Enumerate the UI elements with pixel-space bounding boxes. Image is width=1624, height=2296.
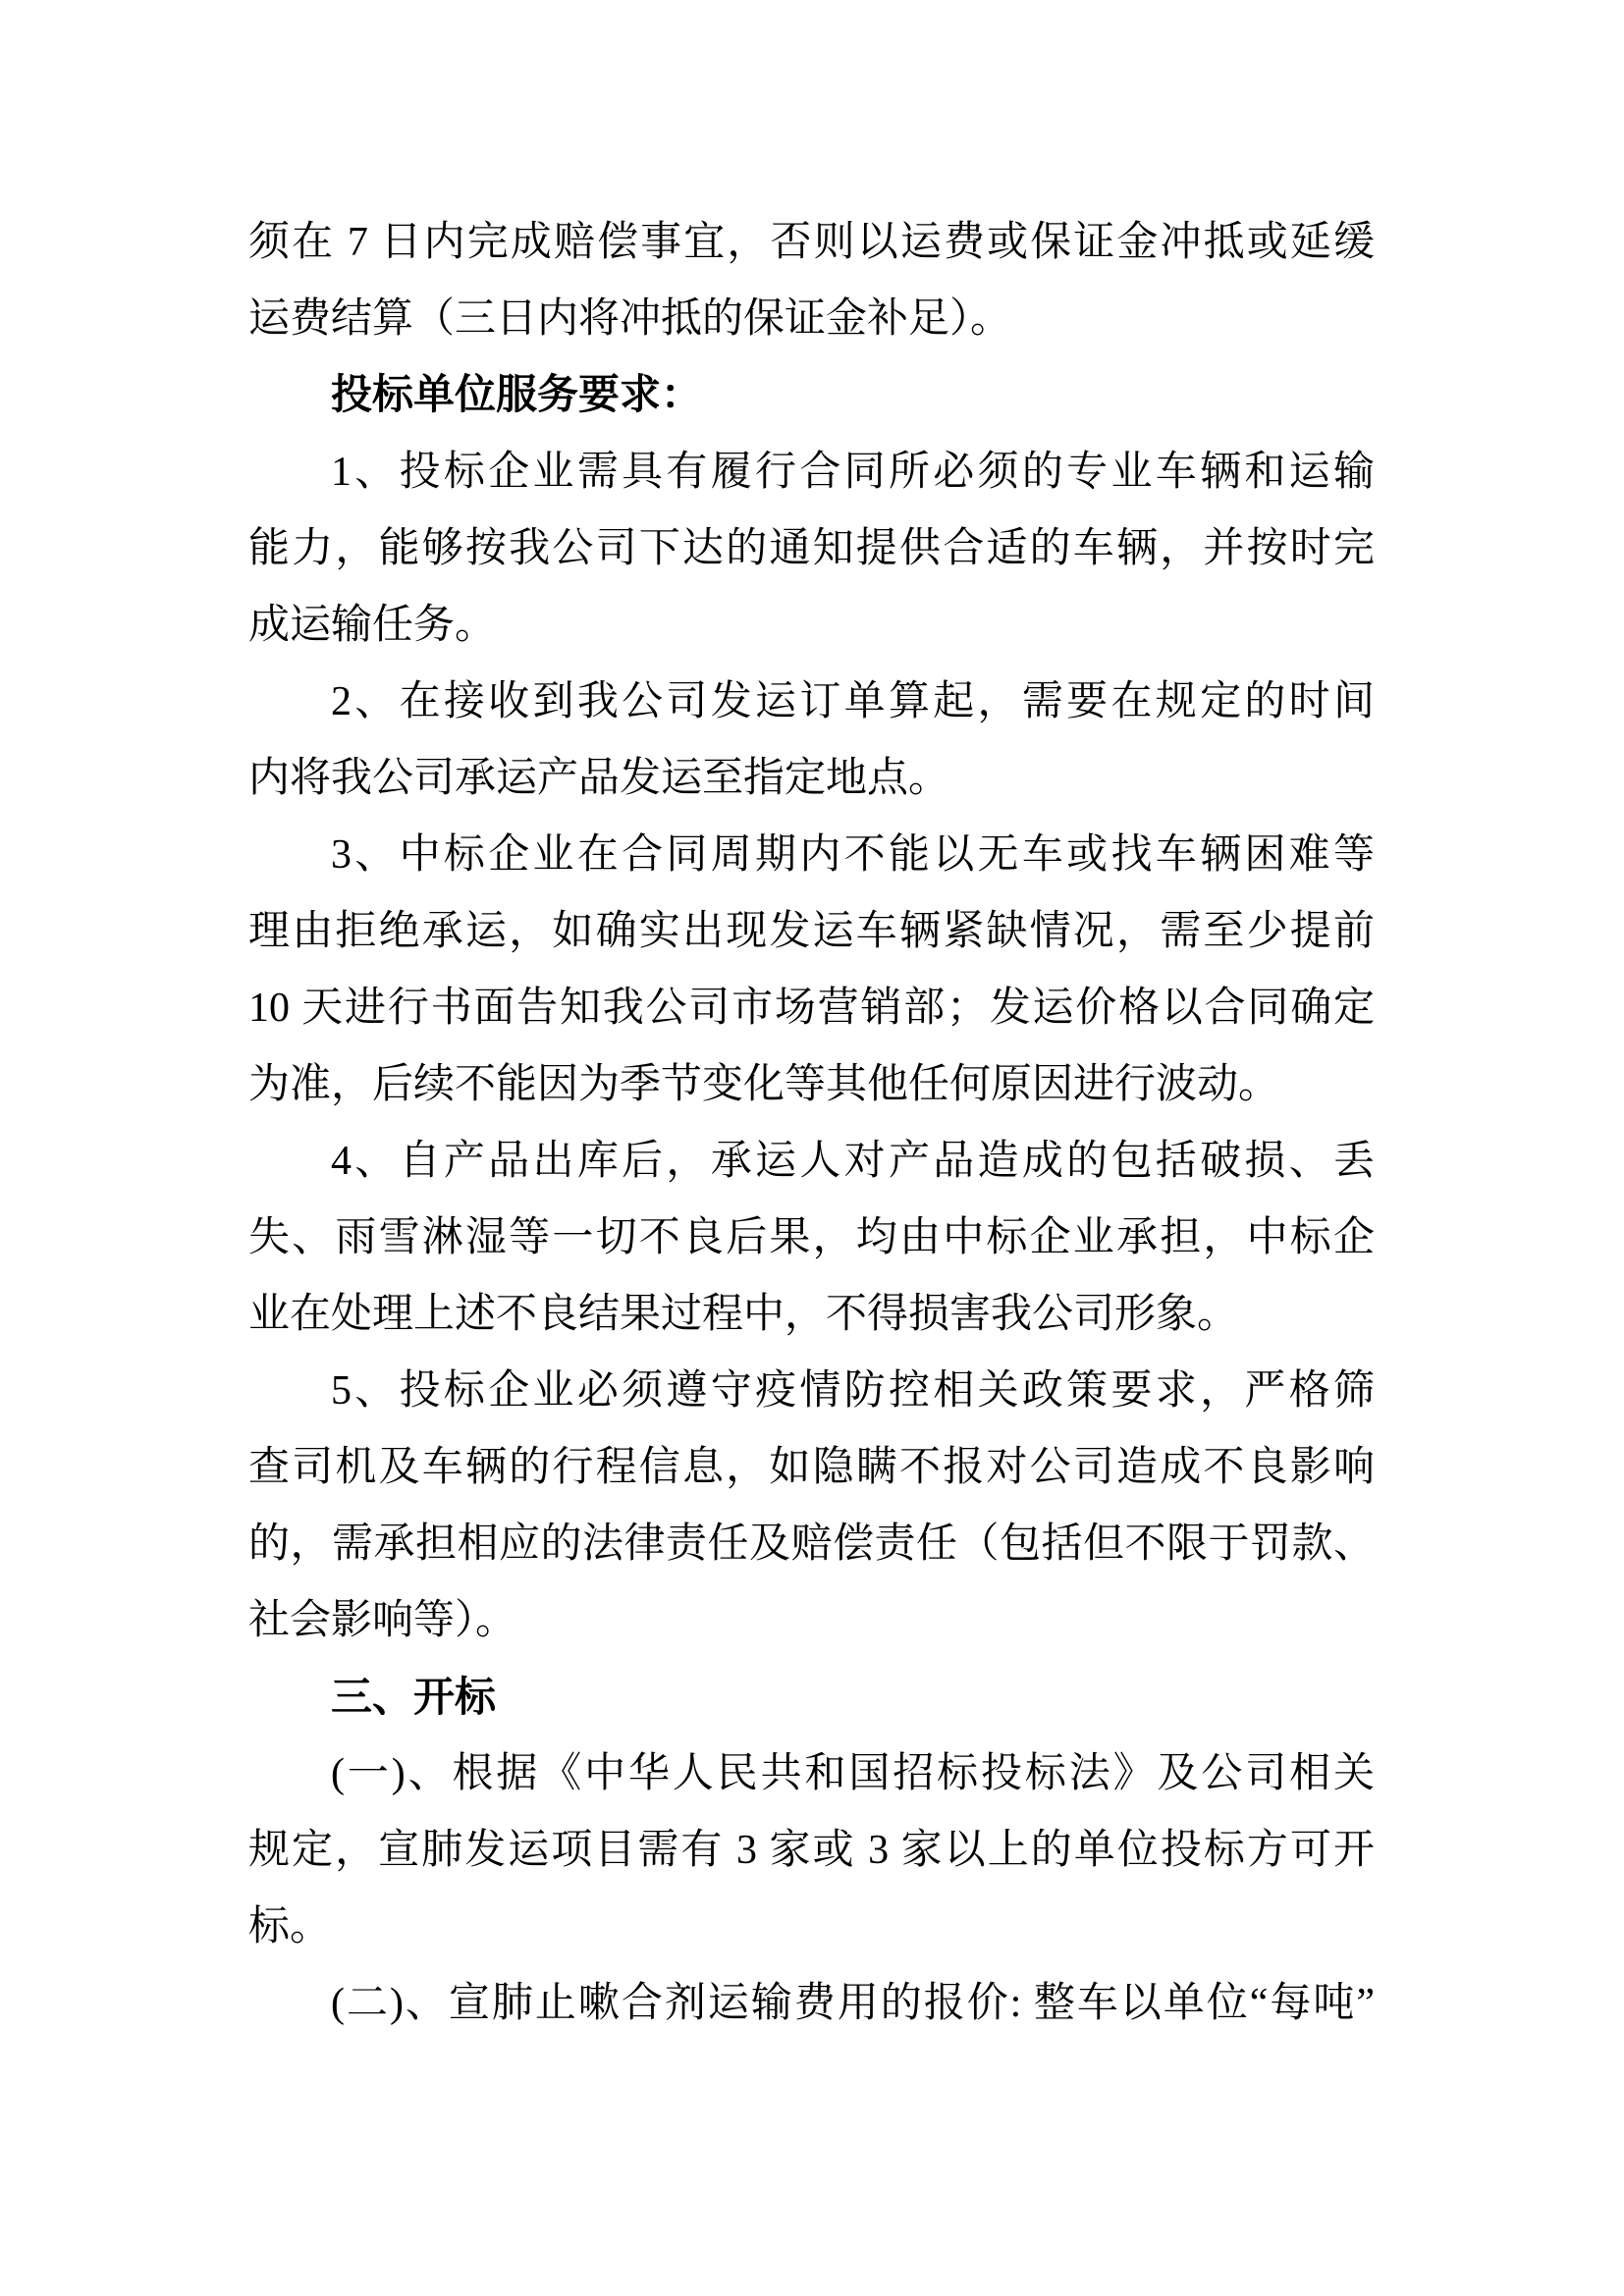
document-text-block: 须在 7 日内完成赔偿事宜，否则以运费或保证金冲抵或延缓 运费结算（三日内将冲抵… — [248, 204, 1375, 2042]
body-line: 理由拒绝承运，如确实出现发运车辆紧缺情况，需至少提前 — [248, 893, 1375, 970]
body-line: 内将我公司承运产品发运至指定地点。 — [248, 740, 1375, 817]
body-line-item-er: (二)、宣肺止嗽合剂运输费用的报价: 整车以单位“每吨” — [248, 1965, 1375, 2042]
body-line: 成运输任务。 — [248, 587, 1375, 664]
body-line-item-4: 4、自产品出库后，承运人对产品造成的包括破损、丢 — [248, 1123, 1375, 1200]
heading-bidder-service-requirements: 投标单位服务要求： — [248, 357, 1375, 434]
body-line: 须在 7 日内完成赔偿事宜，否则以运费或保证金冲抵或延缓 — [248, 204, 1375, 281]
body-line: 规定，宣肺发运项目需有 3 家或 3 家以上的单位投标方可开 — [248, 1812, 1375, 1889]
body-line-item-5: 5、投标企业必须遵守疫情防控相关政策要求，严格筛 — [248, 1353, 1375, 1429]
body-line-item-3: 3、中标企业在合同周期内不能以无车或找车辆困难等 — [248, 817, 1375, 893]
body-line: 10 天进行书面告知我公司市场营销部；发运价格以合同确定 — [248, 970, 1375, 1046]
body-line: 查司机及车辆的行程信息，如隐瞒不报对公司造成不良影响 — [248, 1429, 1375, 1506]
body-line-item-2: 2、在接收到我公司发运订单算起，需要在规定的时间 — [248, 664, 1375, 740]
body-line-item-1: 1、投标企业需具有履行合同所必须的专业车辆和运输 — [248, 434, 1375, 510]
body-line-item-yi: (一)、根据《中华人民共和国招标投标法》及公司相关 — [248, 1735, 1375, 1812]
body-line: 的，需承担相应的法律责任及赔偿责任（包括但不限于罚款、 — [248, 1506, 1375, 1582]
body-line: 失、雨雪淋湿等一切不良后果，均由中标企业承担，中标企 — [248, 1200, 1375, 1276]
body-line: 能力，能够按我公司下达的通知提供合适的车辆，并按时完 — [248, 510, 1375, 587]
body-line: 社会影响等）。 — [248, 1582, 1375, 1659]
body-line: 业在处理上述不良结果过程中，不得损害我公司形象。 — [248, 1276, 1375, 1353]
body-line: 运费结算（三日内将冲抵的保证金补足）。 — [248, 281, 1375, 357]
document-page: 须在 7 日内完成赔偿事宜，否则以运费或保证金冲抵或延缓 运费结算（三日内将冲抵… — [0, 0, 1624, 2296]
heading-section-3-bid-opening: 三、开标 — [248, 1659, 1375, 1735]
body-line: 为准，后续不能因为季节变化等其他任何原因进行波动。 — [248, 1046, 1375, 1123]
body-line: 标。 — [248, 1889, 1375, 1965]
